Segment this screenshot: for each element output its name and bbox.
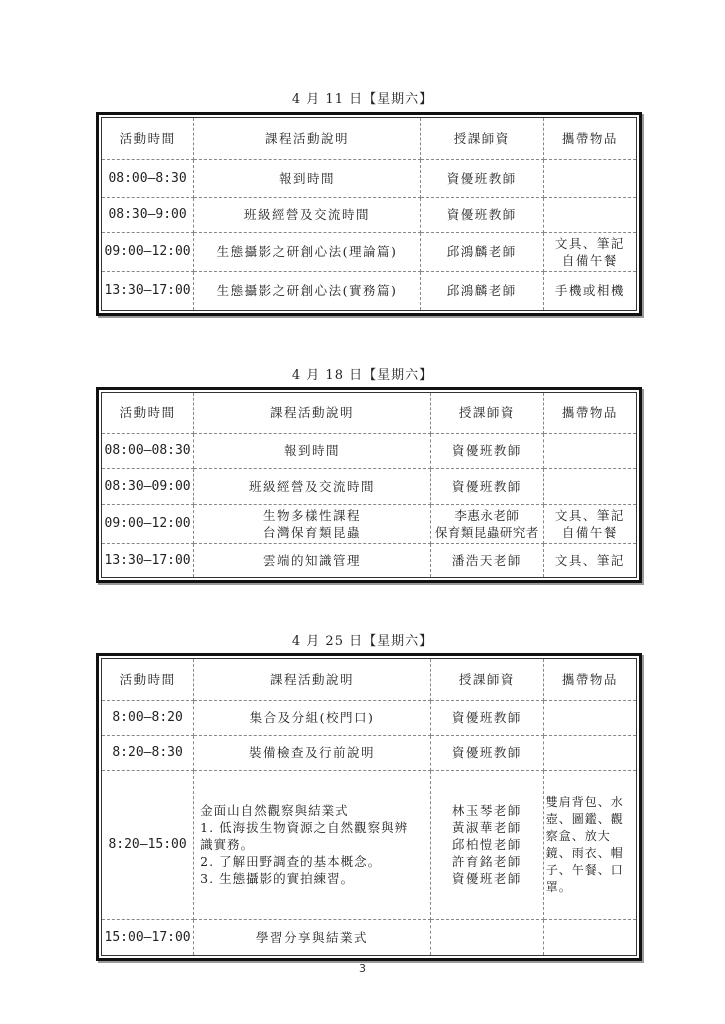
teacher-cell: 林玉琴老師 黃淑華老師 邱柏愷老師 許育銘老師 資優班老師 [430,770,543,919]
table-row: 09:00—12:00 生物多樣性課程 台灣保育類昆蟲 李惠永老師 保育類昆蟲研… [102,504,636,543]
table-row: 09:00—12:00 生態攝影之研創心法(理論篇) 邱鴻麟老師 文具、筆記 自… [102,232,636,271]
table-row: 08:30—09:00 班級經營及交流時間 資優班教師 [102,468,636,504]
teacher-cell: 資優班教師 [420,159,543,197]
header-time: 活動時間 [102,659,194,700]
time-cell: 8:20—15:00 [102,770,194,919]
teacher-cell: 資優班教師 [430,433,543,468]
header-teacher: 授課師資 [430,393,543,433]
page-number: 3 [0,962,725,975]
items-cell: 手機或相機 [543,271,636,310]
activity-cell: 報到時間 [194,433,431,468]
table-row: 8:20—15:00 金面山自然觀察與結業式 1. 低海拔生物資源之自然觀察與辨… [102,770,636,919]
teacher-cell: 潘浩天老師 [430,543,543,577]
activity-line: 2. 了解田野調查的基本概念。 [200,853,428,870]
activity-cell: 生物多樣性課程 台灣保育類昆蟲 [194,504,431,543]
items-line: 罩。 [546,879,634,896]
items-line: 壺、圖鑑、觀 [546,811,634,828]
items-cell [543,197,636,232]
teacher-cell [430,919,543,955]
items-cell [543,159,636,197]
items-cell [543,433,636,468]
activity-cell: 報到時間 [194,159,421,197]
header-items: 攜帶物品 [543,659,636,700]
time-cell: 8:20—8:30 [102,735,194,770]
activity-cell: 金面山自然觀察與結業式 1. 低海拔生物資源之自然觀察與辨 識實務。 2. 了解… [194,770,431,919]
items-cell [543,919,636,955]
items-cell [543,700,636,735]
activity-cell: 裝備檢查及行前說明 [194,735,431,770]
teacher-cell: 資優班教師 [420,197,543,232]
items-cell: 文具、筆記 [543,543,636,577]
table-row: 15:00—17:00 學習分享與結業式 [102,919,636,955]
items-cell [543,735,636,770]
time-cell: 13:30—17:00 [102,543,194,577]
activity-line: 3. 生態攝影的實拍練習。 [200,870,428,887]
activity-cell: 班級經營及交流時間 [194,197,421,232]
time-cell: 09:00—12:00 [102,232,194,271]
day-2-schedule-table: 活動時間 課程活動說明 授課師資 攜帶物品 08:00—08:30 報到時間 資… [96,387,642,583]
activity-cell: 班級經營及交流時間 [194,468,431,504]
table-row: 08:30—9:00 班級經營及交流時間 資優班教師 [102,197,636,232]
activity-cell: 生態攝影之研創心法(理論篇) [194,232,421,271]
activity-cell: 學習分享與結業式 [194,919,431,955]
items-line: 文具、筆記 [546,507,634,524]
time-cell: 08:00—8:30 [102,159,194,197]
table-row: 08:00—8:30 報到時間 資優班教師 [102,159,636,197]
time-cell: 08:00—08:30 [102,433,194,468]
header-time: 活動時間 [102,393,194,433]
items-line: 察盒、放大 [546,828,634,845]
teacher-cell: 邱鴻麟老師 [420,271,543,310]
time-cell: 09:00—12:00 [102,504,194,543]
header-activity: 課程活動說明 [194,393,431,433]
items-line: 鏡、雨衣、帽 [546,845,634,862]
header-time: 活動時間 [102,118,194,159]
activity-cell: 集合及分組(校門口) [194,700,431,735]
activity-line: 1. 低海拔生物資源之自然觀察與辨 [200,819,428,836]
header-items: 攜帶物品 [543,393,636,433]
items-line: 自備午餐 [546,524,634,541]
header-activity: 課程活動說明 [194,659,431,700]
time-cell: 08:30—9:00 [102,197,194,232]
day-1-title: 4 月 11 日【星期六】 [0,88,725,107]
items-line: 自備午餐 [546,252,634,269]
header-items: 攜帶物品 [543,118,636,159]
time-cell: 8:00—8:20 [102,700,194,735]
teacher-cell: 資優班教師 [430,468,543,504]
header-teacher: 授課師資 [430,659,543,700]
teacher-line: 許育銘老師 [433,853,541,870]
header-activity: 課程活動說明 [194,118,421,159]
day-3-title: 4 月 25 日【星期六】 [0,630,725,649]
table-header-row: 活動時間 課程活動說明 授課師資 攜帶物品 [102,659,636,700]
teacher-line: 邱柏愷老師 [433,836,541,853]
table-header-row: 活動時間 課程活動說明 授課師資 攜帶物品 [102,118,636,159]
time-cell: 15:00—17:00 [102,919,194,955]
items-line: 文具、筆記 [546,235,634,252]
day-3-schedule-table: 活動時間 課程活動說明 授課師資 攜帶物品 8:00—8:20 集合及分組(校門… [96,653,642,961]
items-line: 子、午餐、口 [546,862,634,879]
items-line: 雙肩背包、水 [546,794,634,811]
day-1-schedule-table: 活動時間 課程活動說明 授課師資 攜帶物品 08:00—8:30 報到時間 資優… [96,112,642,316]
header-teacher: 授課師資 [420,118,543,159]
teacher-cell: 邱鴻麟老師 [420,232,543,271]
activity-line: 金面山自然觀察與結業式 [200,802,428,819]
time-cell: 13:30—17:00 [102,271,194,310]
items-cell [543,468,636,504]
time-cell: 08:30—09:00 [102,468,194,504]
teacher-line: 李惠永老師 [433,507,541,524]
activity-cell: 生態攝影之研創心法(實務篇) [194,271,421,310]
table-row: 8:20—8:30 裝備檢查及行前說明 資優班教師 [102,735,636,770]
teacher-cell: 資優班教師 [430,735,543,770]
activity-line: 識實務。 [200,836,428,853]
activity-cell: 雲端的知識管理 [194,543,431,577]
items-cell: 文具、筆記 自備午餐 [543,504,636,543]
activity-line: 台灣保育類昆蟲 [196,524,428,541]
table-header-row: 活動時間 課程活動說明 授課師資 攜帶物品 [102,393,636,433]
table-row: 08:00—08:30 報到時間 資優班教師 [102,433,636,468]
day-2-title: 4 月 18 日【星期六】 [0,364,725,383]
items-cell: 文具、筆記 自備午餐 [543,232,636,271]
teacher-cell: 李惠永老師 保育類昆蟲研究者 [430,504,543,543]
items-cell: 雙肩背包、水 壺、圖鑑、觀 察盒、放大 鏡、雨衣、帽 子、午餐、口 罩。 [543,770,636,919]
teacher-line: 資優班老師 [433,870,541,887]
teacher-line: 保育類昆蟲研究者 [433,524,541,541]
teacher-line: 林玉琴老師 [433,802,541,819]
table-row: 13:30—17:00 雲端的知識管理 潘浩天老師 文具、筆記 [102,543,636,577]
table-row: 13:30—17:00 生態攝影之研創心法(實務篇) 邱鴻麟老師 手機或相機 [102,271,636,310]
teacher-line: 黃淑華老師 [433,819,541,836]
table-row: 8:00—8:20 集合及分組(校門口) 資優班教師 [102,700,636,735]
activity-line: 生物多樣性課程 [196,507,428,524]
teacher-cell: 資優班教師 [430,700,543,735]
